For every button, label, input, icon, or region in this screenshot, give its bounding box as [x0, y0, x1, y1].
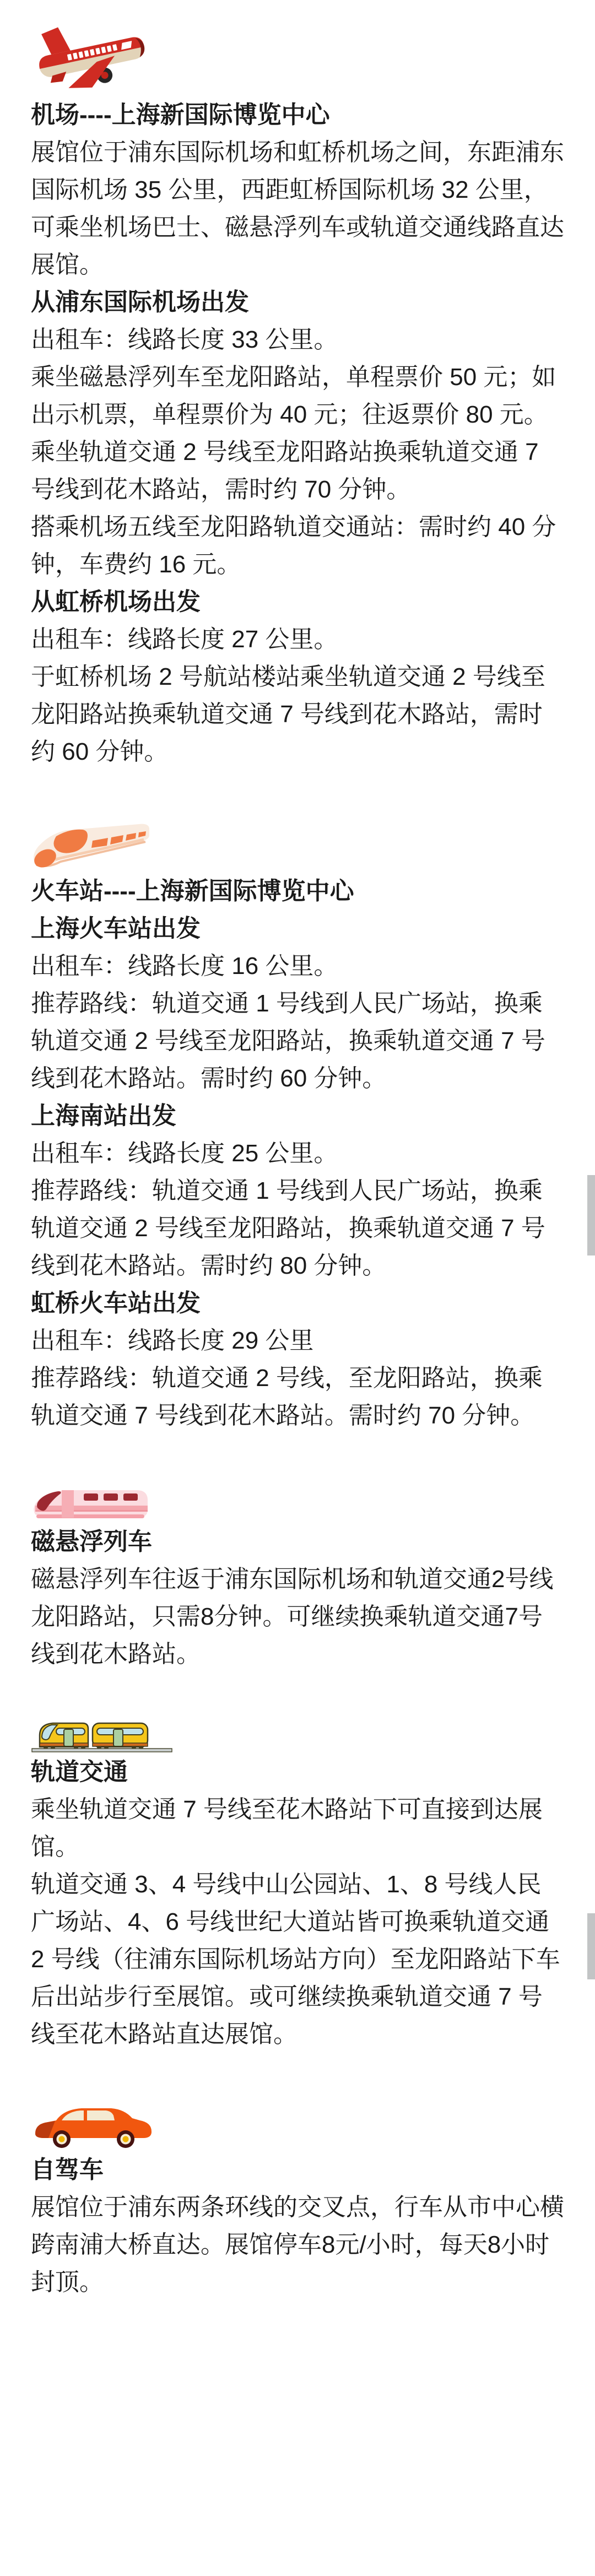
section-title-metro: 轨道交通	[31, 1754, 565, 1791]
section-title-airport: 机场----上海新国际博览中心	[31, 96, 565, 134]
metro-icon	[31, 1719, 565, 1754]
section-title-railway: 火车站----上海新国际博览中心	[31, 873, 565, 910]
metro-line7-paragraph: 乘坐轨道交通 7 号线至花木路站下可直接到达展馆。	[31, 1791, 565, 1866]
maglev-paragraph: 磁悬浮列车往返于浦东国际机场和轨道交通2号线龙阳路站，只需8分钟。可继续换乘轨道…	[31, 1561, 565, 1673]
section-title-car: 自驾车	[31, 2151, 565, 2189]
pudong-taxi-paragraph: 出租车：线路长度 33 公里。	[31, 321, 565, 359]
subheading-hongqiao-station: 虹桥火车站出发	[31, 1285, 565, 1322]
pudong-maglev-fare-paragraph: 乘坐磁悬浮列车至龙阳路站，单程票价 50 元；如出示机票，单程票价为 40 元；…	[31, 359, 565, 434]
section-title-maglev: 磁悬浮列车	[31, 1523, 565, 1561]
airport-intro-paragraph: 展馆位于浦东国际机场和虹桥机场之间，东距浦东国际机场 35 公里，西距虹桥国际机…	[31, 134, 565, 284]
hongqiao-station-taxi-paragraph: 出租车：线路长度 29 公里	[31, 1322, 565, 1360]
high-speed-train-icon	[31, 823, 565, 873]
hongqiao-station-route-paragraph: 推荐路线：轨道交通 2 号线，至龙阳路站，换乘轨道交通 7 号线到花木路站。需时…	[31, 1360, 565, 1435]
airplane-icon	[31, 17, 565, 96]
subheading-shanghai-south-station: 上海南站出发	[31, 1097, 565, 1135]
hongqiao-metro-paragraph: 于虹桥机场 2 号航站楼站乘坐轨道交通 2 号线至龙阳路站换乘轨道交通 7 号线…	[31, 658, 565, 771]
pudong-airport-bus-paragraph: 搭乘机场五线至龙阳路轨道交通站：需时约 40 分钟，车费约 16 元。	[31, 508, 565, 583]
shanghai-station-taxi-paragraph: 出租车：线路长度 16 公里。	[31, 948, 565, 985]
car-icon	[31, 2101, 565, 2151]
subheading-from-pudong-airport: 从浦东国际机场出发	[31, 284, 565, 321]
scrollbar-thumb[interactable]	[587, 1175, 595, 1255]
south-station-taxi-paragraph: 出租车：线路长度 25 公里。	[31, 1135, 565, 1172]
maglev-icon	[31, 1487, 565, 1523]
car-paragraph: 展馆位于浦东两条环线的交叉点，行车从市中心横跨南浦大桥直达。展馆停车8元/小时，…	[31, 2189, 565, 2301]
metro-transfer-paragraph: 轨道交通 3、4 号线中山公园站、1、8 号线人民广场站、4、6 号线世纪大道站…	[31, 1866, 565, 2053]
page: 机场----上海新国际博览中心 展馆位于浦东国际机场和虹桥机场之间，东距浦东国际…	[0, 0, 595, 2576]
shanghai-station-route-paragraph: 推荐路线：轨道交通 1 号线到人民广场站，换乘轨道交通 2 号线至龙阳路站，换乘…	[31, 985, 565, 1097]
subheading-shanghai-station: 上海火车站出发	[31, 910, 565, 948]
south-station-route-paragraph: 推荐路线：轨道交通 1 号线到人民广场站，换乘轨道交通 2 号线至龙阳路站，换乘…	[31, 1172, 565, 1285]
subheading-from-hongqiao-airport: 从虹桥机场出发	[31, 583, 565, 621]
hongqiao-taxi-paragraph: 出租车：线路长度 27 公里。	[31, 621, 565, 658]
pudong-metro-paragraph: 乘坐轨道交通 2 号线至龙阳路站换乘轨道交通 7 号线到花木路站，需时约 70 …	[31, 434, 565, 508]
scrollbar-thumb[interactable]	[587, 1913, 595, 1979]
article-content: 机场----上海新国际博览中心 展馆位于浦东国际机场和虹桥机场之间，东距浦东国际…	[0, 17, 595, 2301]
